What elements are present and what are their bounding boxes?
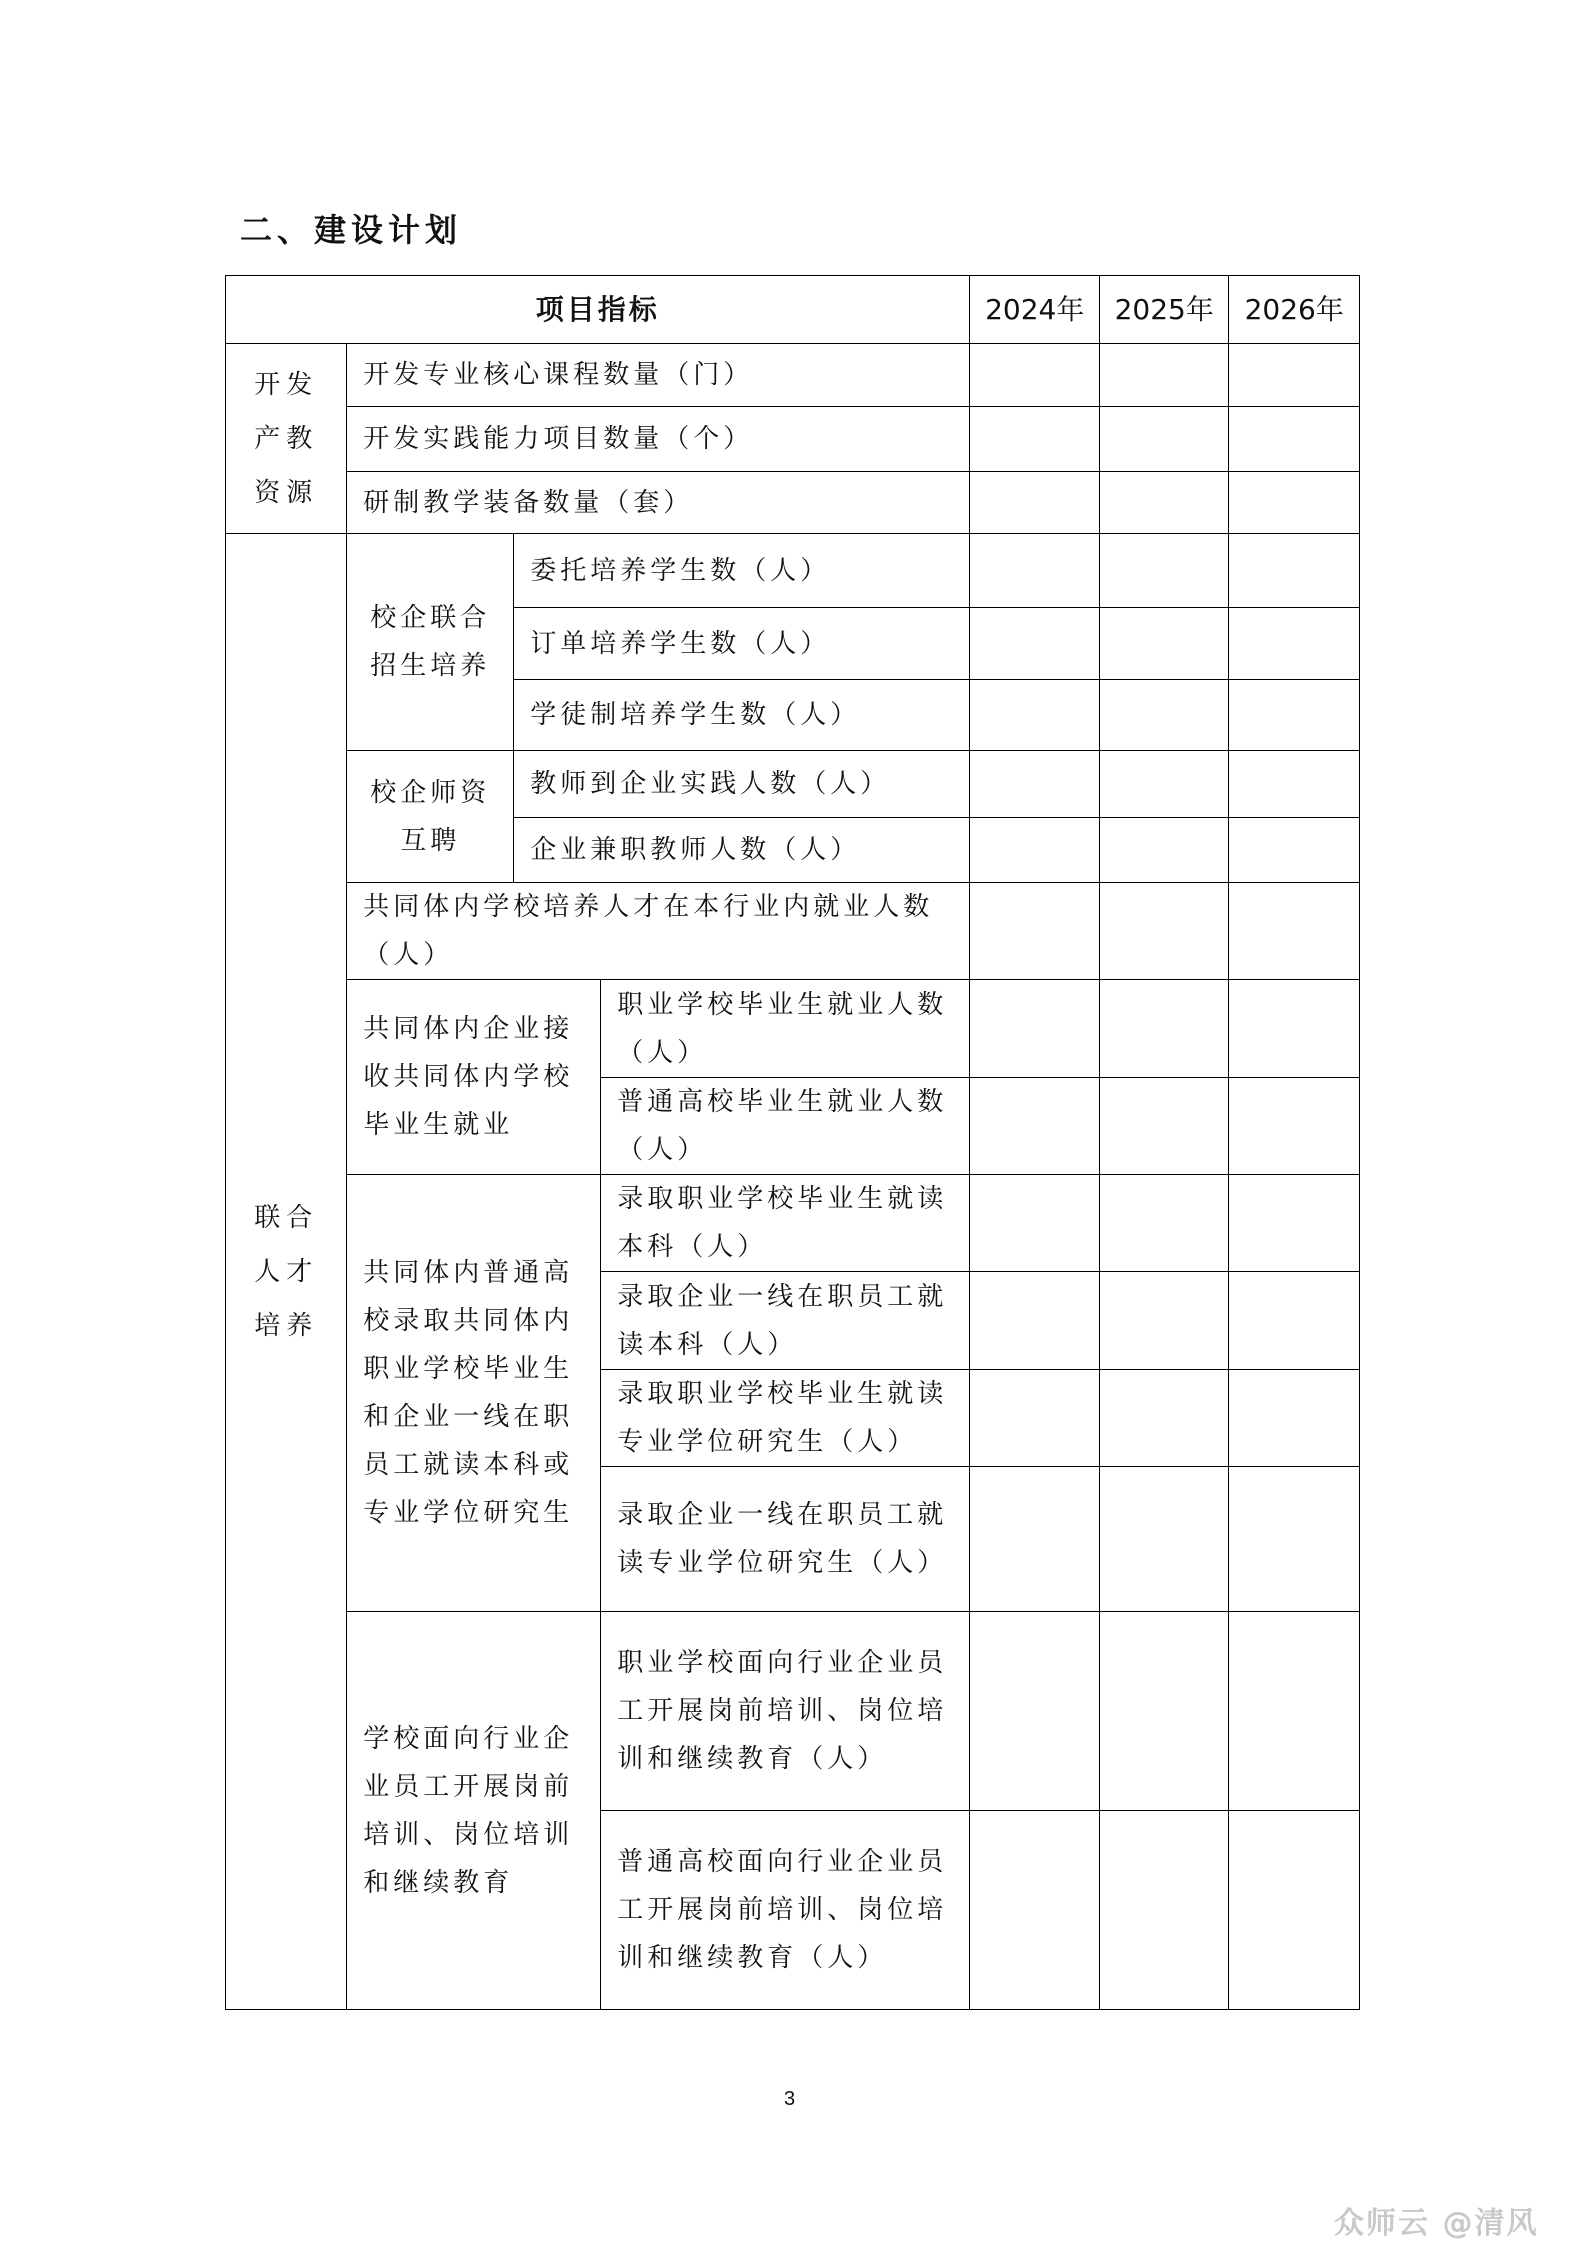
row-label: 录取职业学校毕业生就读专业学位研究生（人）: [600, 1369, 970, 1467]
subgroup-label: 校企师资互聘: [361, 769, 499, 865]
year-value-cell-2025[interactable]: [1099, 607, 1229, 680]
row-label: 研制教学装备数量（套）: [346, 471, 970, 534]
year-value-cell-2025[interactable]: [1099, 406, 1229, 472]
row-label: 开发实践能力项目数量（个）: [346, 406, 970, 472]
row-label: 企业兼职教师人数（人）: [513, 817, 970, 883]
year-value-cell-2024[interactable]: [969, 882, 1100, 980]
header-item-indicator: 项目指标: [225, 275, 970, 344]
row-label: 学徒制培养学生数（人）: [513, 679, 970, 751]
group-label-line: 人才: [254, 1245, 318, 1299]
year-value-cell-2024[interactable]: [969, 1466, 1100, 1612]
row-label: 订单培养学生数（人）: [513, 607, 970, 680]
year-value-cell-2025[interactable]: [1099, 1466, 1229, 1612]
year-value-cell-2025[interactable]: [1099, 679, 1229, 751]
page-number: 3: [784, 2088, 795, 2111]
year-value-cell-2025[interactable]: [1099, 882, 1229, 980]
header-year-2024: 2024年: [969, 275, 1100, 344]
row-label: 开发专业核心课程数量（门）: [346, 343, 970, 407]
year-value-cell-2025[interactable]: [1099, 1271, 1229, 1370]
year-value-cell-2026[interactable]: [1228, 471, 1360, 534]
row-label: 录取职业学校毕业生就读本科（人）: [600, 1174, 970, 1272]
row-label: 录取企业一线在职员工就读本科（人）: [600, 1271, 970, 1370]
year-value-cell-2026[interactable]: [1228, 1611, 1360, 1811]
subgroup-staff-training: 学校面向行业企业员工开展岗前培训、岗位培训和继续教育: [346, 1611, 601, 2010]
year-value-cell-2025[interactable]: [1099, 817, 1229, 883]
year-value-cell-2024[interactable]: [969, 1369, 1100, 1467]
year-value-cell-2026[interactable]: [1228, 750, 1360, 818]
year-value-cell-2026[interactable]: [1228, 607, 1360, 680]
year-value-cell-2025[interactable]: [1099, 1077, 1229, 1175]
year-value-cell-2025[interactable]: [1099, 471, 1229, 534]
year-value-cell-2024[interactable]: [969, 1611, 1100, 1811]
year-value-cell-2026[interactable]: [1228, 1271, 1360, 1370]
year-value-cell-2024[interactable]: [969, 1077, 1100, 1175]
row-label: 共同体内学校培养人才在本行业内就业人数（人）: [346, 882, 970, 980]
year-value-cell-2025[interactable]: [1099, 1369, 1229, 1467]
year-value-cell-2026[interactable]: [1228, 979, 1360, 1078]
year-value-cell-2024[interactable]: [969, 979, 1100, 1078]
year-value-cell-2024[interactable]: [969, 533, 1100, 608]
year-value-cell-2024[interactable]: [969, 1174, 1100, 1272]
row-label: 委托培养学生数（人）: [513, 533, 970, 608]
year-value-cell-2026[interactable]: [1228, 1466, 1360, 1612]
row-label: 教师到企业实践人数（人）: [513, 750, 970, 818]
year-value-cell-2024[interactable]: [969, 343, 1100, 407]
subgroup-teacher-exchange: 校企师资互聘: [346, 750, 514, 883]
year-value-cell-2024[interactable]: [969, 1271, 1100, 1370]
year-value-cell-2025[interactable]: [1099, 1810, 1229, 2010]
row-label: 普通高校毕业生就业人数（人）: [600, 1077, 970, 1175]
group-label-line: 产教: [254, 412, 318, 466]
subgroup-admission: 共同体内普通高校录取共同体内职业学校毕业生和企业一线在职员工就读本科或专业学位研…: [346, 1174, 601, 1612]
subgroup-label: 学校面向行业企业员工开展岗前培训、岗位培训和继续教育: [363, 1715, 592, 1907]
year-value-cell-2025[interactable]: [1099, 1174, 1229, 1272]
year-value-cell-2025[interactable]: [1099, 343, 1229, 407]
header-year-2026: 2026年: [1228, 275, 1360, 344]
year-value-cell-2026[interactable]: [1228, 1369, 1360, 1467]
subgroup-employment: 共同体内企业接收共同体内学校毕业生就业: [346, 979, 601, 1175]
group-label-line: 资源: [254, 466, 318, 520]
group-label-joint-talent-training: 联合 人才 培养: [225, 533, 347, 2010]
year-value-cell-2024[interactable]: [969, 471, 1100, 534]
subgroup-label: 校企联合招生培养: [361, 594, 499, 690]
group-label-line: 培养: [254, 1299, 318, 1353]
row-label: 职业学校毕业生就业人数（人）: [600, 979, 970, 1078]
year-value-cell-2026[interactable]: [1228, 817, 1360, 883]
group-label-line: 开发: [254, 358, 318, 412]
year-value-cell-2025[interactable]: [1099, 979, 1229, 1078]
row-label: 录取企业一线在职员工就读专业学位研究生（人）: [600, 1466, 970, 1612]
header-year-2025: 2025年: [1099, 275, 1229, 344]
group-label-develop-resources: 开发 产教 资源: [225, 343, 347, 534]
row-label: 职业学校面向行业企业员工开展岗前培训、岗位培训和继续教育（人）: [600, 1611, 970, 1811]
year-value-cell-2026[interactable]: [1228, 406, 1360, 472]
year-value-cell-2026[interactable]: [1228, 1174, 1360, 1272]
year-value-cell-2025[interactable]: [1099, 1611, 1229, 1811]
section-heading: 二、建设计划: [240, 208, 462, 252]
year-value-cell-2026[interactable]: [1228, 882, 1360, 980]
year-value-cell-2025[interactable]: [1099, 533, 1229, 608]
year-value-cell-2024[interactable]: [969, 679, 1100, 751]
year-value-cell-2024[interactable]: [969, 607, 1100, 680]
year-value-cell-2025[interactable]: [1099, 750, 1229, 818]
year-value-cell-2024[interactable]: [969, 1810, 1100, 2010]
year-value-cell-2026[interactable]: [1228, 679, 1360, 751]
year-value-cell-2026[interactable]: [1228, 343, 1360, 407]
year-value-cell-2024[interactable]: [969, 406, 1100, 472]
year-value-cell-2026[interactable]: [1228, 533, 1360, 608]
year-value-cell-2024[interactable]: [969, 750, 1100, 818]
year-value-cell-2026[interactable]: [1228, 1077, 1360, 1175]
subgroup-label: 共同体内普通高校录取共同体内职业学校毕业生和企业一线在职员工就读本科或专业学位研…: [363, 1249, 592, 1537]
watermark: 众师云 @清风: [1334, 2198, 1538, 2242]
row-label: 普通高校面向行业企业员工开展岗前培训、岗位培训和继续教育（人）: [600, 1810, 970, 2010]
subgroup-label: 共同体内企业接收共同体内学校毕业生就业: [363, 1005, 592, 1149]
group-label-line: 联合: [254, 1191, 318, 1245]
year-value-cell-2026[interactable]: [1228, 1810, 1360, 2010]
subgroup-school-enterprise-enrollment: 校企联合招生培养: [346, 533, 514, 751]
year-value-cell-2024[interactable]: [969, 817, 1100, 883]
